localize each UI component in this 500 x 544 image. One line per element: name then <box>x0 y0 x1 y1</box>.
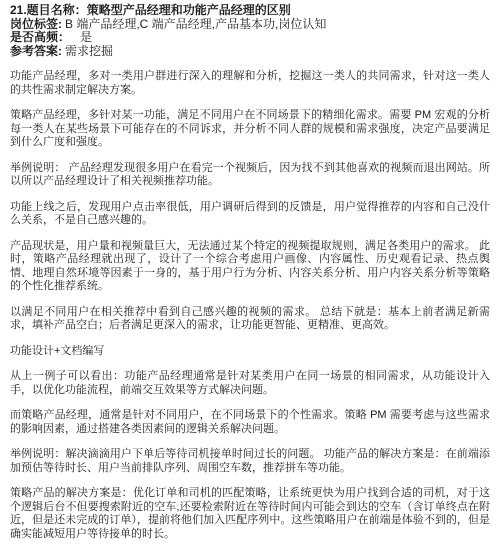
para-product-status-strategy-pm: 产品现状是，用户量和视频量巨大，无法通过某个特定的视频提取规则，满足各类用户的需… <box>10 240 490 294</box>
question-header: 21.题目名称：策略型产品经理和功能产品经理的区别 岗位标签:B 端产品经理,C… <box>10 4 490 58</box>
high-frequency-label: 是否高频： <box>10 30 70 44</box>
para-functional-pm-approach: 从上一例子可以看出：功能产品经理通常是针对某类用户在同一场景的相同需求，从功能设… <box>10 370 490 397</box>
para-strategy-pm-approach: 而策略产品经理，通常是针对不同用户，在不同场景下的个性需求。策略 PM 需要考虑… <box>10 409 490 436</box>
para-summary-comparison: 以满足不同用户在相关推荐中看到自己感兴趣的视频的需求。 总结下就是：基本上前者满… <box>10 306 490 333</box>
job-tags-value: B 端产品经理,C 端产品经理,产品基本功,岗位认知 <box>65 17 326 31</box>
question-title: 21.题目名称：策略型产品经理和功能产品经理的区别 <box>10 4 490 18</box>
job-tags-label: 岗位标签: <box>10 17 62 31</box>
para-example-didi-functional-solution: 举例说明：解决滴滴用户下单后等待司机接单时间过长的问题。 功能产品的解决方案是：… <box>10 448 490 475</box>
reference-answer-label: 参考答案: <box>10 44 62 58</box>
para-example-didi-strategy-solution: 策略产品的解决方案是：优化订单和司机的匹配策略，让系统更快为用户找到合适的司机，… <box>10 487 490 541</box>
question-number-label: 21.题目名称： <box>10 3 87 17</box>
meta-line-reference-answer: 参考答案:需求挖掘 <box>10 45 490 59</box>
para-functional-pm-definition: 功能产品经理，多对一类用户群进行深入的理解和分析，挖掘这一类人的共同需求，针对这… <box>10 70 490 97</box>
reference-answer-value: 需求挖掘 <box>65 44 113 58</box>
meta-line-high-frequency: 是否高频：是 <box>10 31 490 45</box>
para-low-ctr-feedback: 功能上线之后，发现用户点击率很低，用户调研后得到的反馈是，用户觉得推荐的内容和自… <box>10 201 490 228</box>
para-strategy-pm-definition: 策略产品经理，多针对某一功能，满足不同用户在不同场景下的精细化需求。需要 PM … <box>10 109 490 150</box>
document-page: 21.题目名称：策略型产品经理和功能产品经理的区别 岗位标签:B 端产品经理,C… <box>0 0 500 544</box>
section-label-function-design-doc: 功能设计+文档编写 <box>10 345 490 359</box>
high-frequency-value: 是 <box>80 30 92 44</box>
meta-line-job-tags: 岗位标签:B 端产品经理,C 端产品经理,产品基本功,岗位认知 <box>10 18 490 32</box>
para-example-video-recommendation: 举例说明： 产品经理发现很多用户在看完一个视频后，因为找不到其他喜欢的视频而退出… <box>10 162 490 189</box>
question-title-text: 策略型产品经理和功能产品经理的区别 <box>87 3 291 17</box>
